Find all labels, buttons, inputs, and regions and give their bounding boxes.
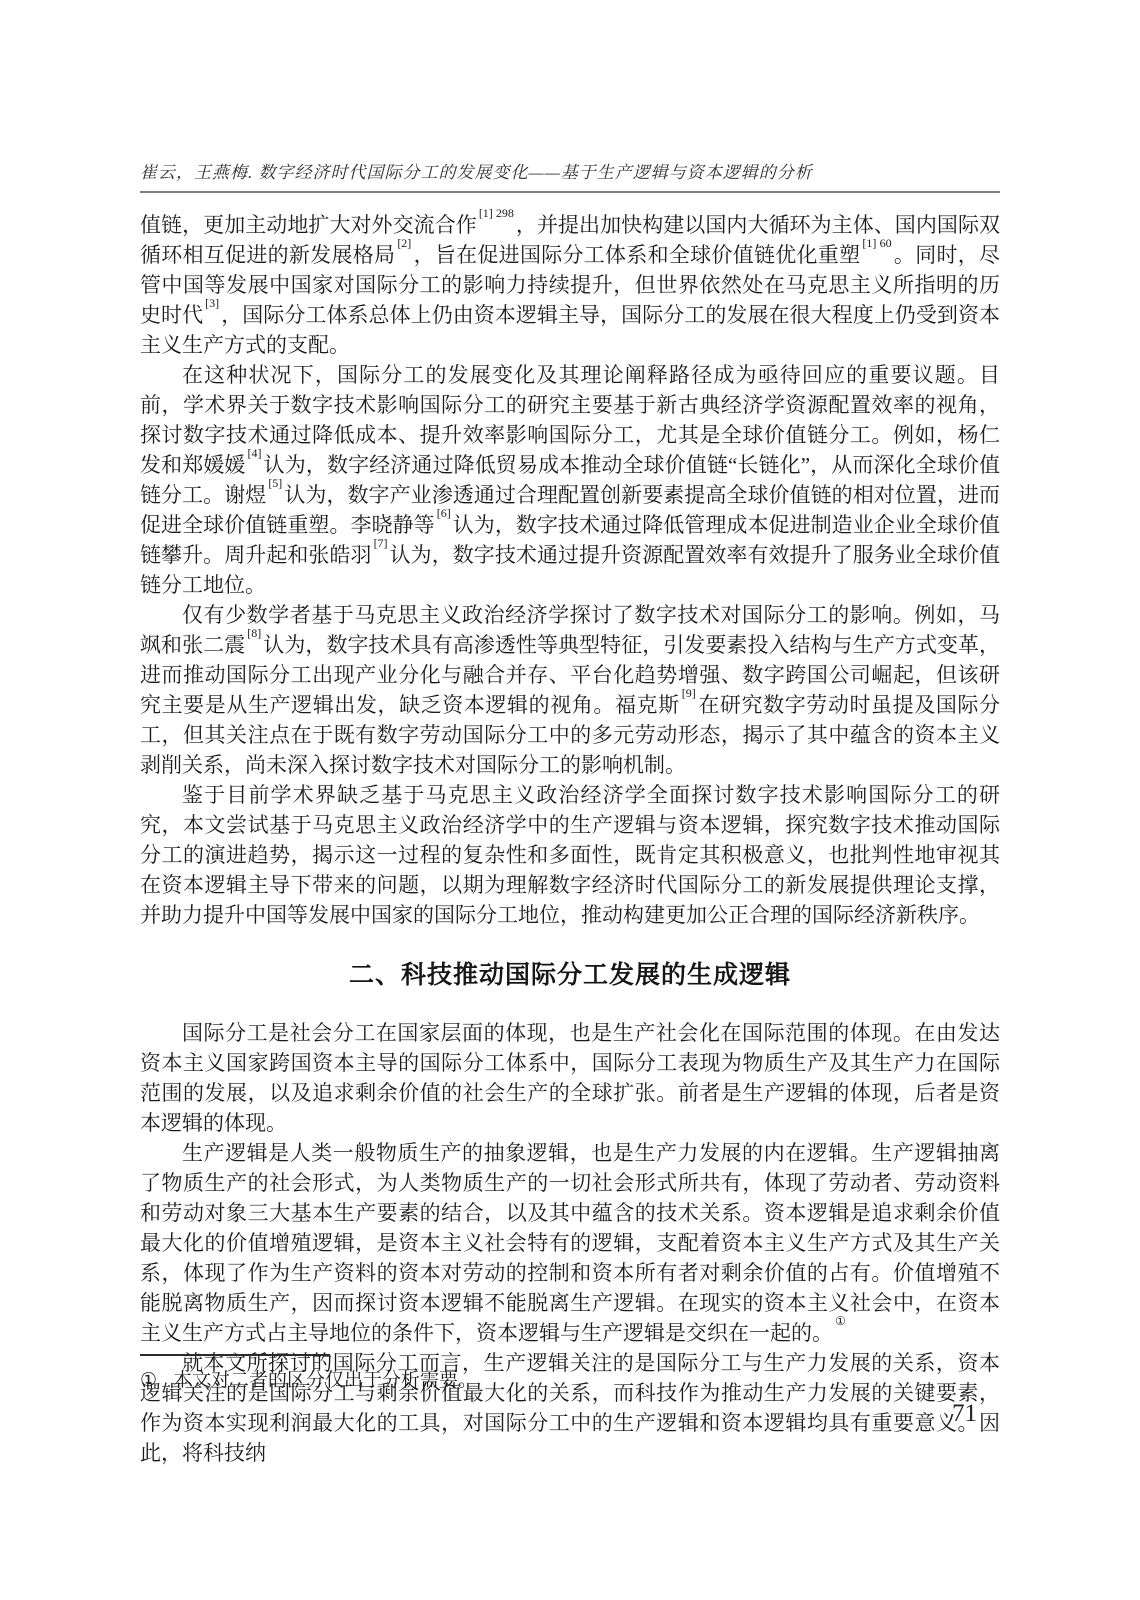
citation-superscript: [3] bbox=[203, 296, 221, 310]
citation-superscript: [7] bbox=[372, 536, 390, 550]
footnote: ①本文对二者的区分仅出于分析需要。 bbox=[140, 1368, 1000, 1394]
citation-superscript: [2] bbox=[395, 236, 413, 250]
page-content: 崔云，王燕梅. 数字经济时代国际分工的发展变化——基于生产逻辑与资本逻辑的分析 … bbox=[140, 158, 1000, 1468]
footnote-text: 本文对二者的区分仅出于分析需要。 bbox=[173, 1370, 477, 1391]
body-paragraph: 在这种状况下，国际分工的发展变化及其理论阐释路径成为亟待回应的重要议题。目前，学… bbox=[140, 360, 1000, 600]
citation-superscript: [4] bbox=[246, 446, 264, 460]
citation-superscript: [9] bbox=[680, 686, 698, 700]
journal-page: 崔云，王燕梅. 数字经济时代国际分工的发展变化——基于生产逻辑与资本逻辑的分析 … bbox=[0, 0, 1140, 1600]
footnote-block: ①本文对二者的区分仅出于分析需要。 bbox=[140, 1354, 1000, 1394]
section-heading: 二、科技推动国际分工发展的生成逻辑 bbox=[140, 955, 1000, 991]
page-number: 71 bbox=[952, 1400, 977, 1428]
citation-superscript: [8] bbox=[245, 626, 263, 640]
running-header: 崔云，王燕梅. 数字经济时代国际分工的发展变化——基于生产逻辑与资本逻辑的分析 bbox=[140, 158, 1000, 193]
citation-superscript: [1] 60 bbox=[860, 236, 893, 250]
body-paragraph: 鉴于目前学术界缺乏基于马克思主义政治经济学全面探讨数字技术影响国际分工的研究，本… bbox=[140, 780, 1000, 930]
footnote-marker: ① bbox=[140, 1370, 157, 1391]
citation-superscript: [6] bbox=[435, 506, 453, 520]
footnote-rule bbox=[140, 1354, 330, 1356]
header-rule bbox=[140, 191, 1000, 193]
body-paragraph: 国际分工是社会分工在国家层面的体现，也是生产社会化在国际范围的体现。在由发达资本… bbox=[140, 1018, 1000, 1138]
citation-superscript: [1] 298 bbox=[477, 206, 516, 220]
section-two-paragraphs: 国际分工是社会分工在国家层面的体现，也是生产社会化在国际范围的体现。在由发达资本… bbox=[140, 1018, 1000, 1468]
body-paragraph: 仅有少数学者基于马克思主义政治经济学探讨了数字技术对国际分工的影响。例如，马飒和… bbox=[140, 600, 1000, 780]
citation-superscript: [5] bbox=[266, 476, 284, 490]
body-paragraph: 值链，更加主动地扩大对外交流合作[1] 298，并提出加快构建以国内大循环为主体… bbox=[140, 210, 1000, 360]
intro-paragraphs: 值链，更加主动地扩大对外交流合作[1] 298，并提出加快构建以国内大循环为主体… bbox=[140, 210, 1000, 930]
article-body: 值链，更加主动地扩大对外交流合作[1] 298，并提出加快构建以国内大循环为主体… bbox=[140, 210, 1000, 1468]
running-header-text: 崔云，王燕梅. 数字经济时代国际分工的发展变化——基于生产逻辑与资本逻辑的分析 bbox=[140, 158, 1000, 183]
body-paragraph: 生产逻辑是人类一般物质生产的抽象逻辑，也是生产力发展的内在逻辑。生产逻辑抽离了物… bbox=[140, 1138, 1000, 1348]
citation-superscript: ① bbox=[833, 1314, 848, 1328]
